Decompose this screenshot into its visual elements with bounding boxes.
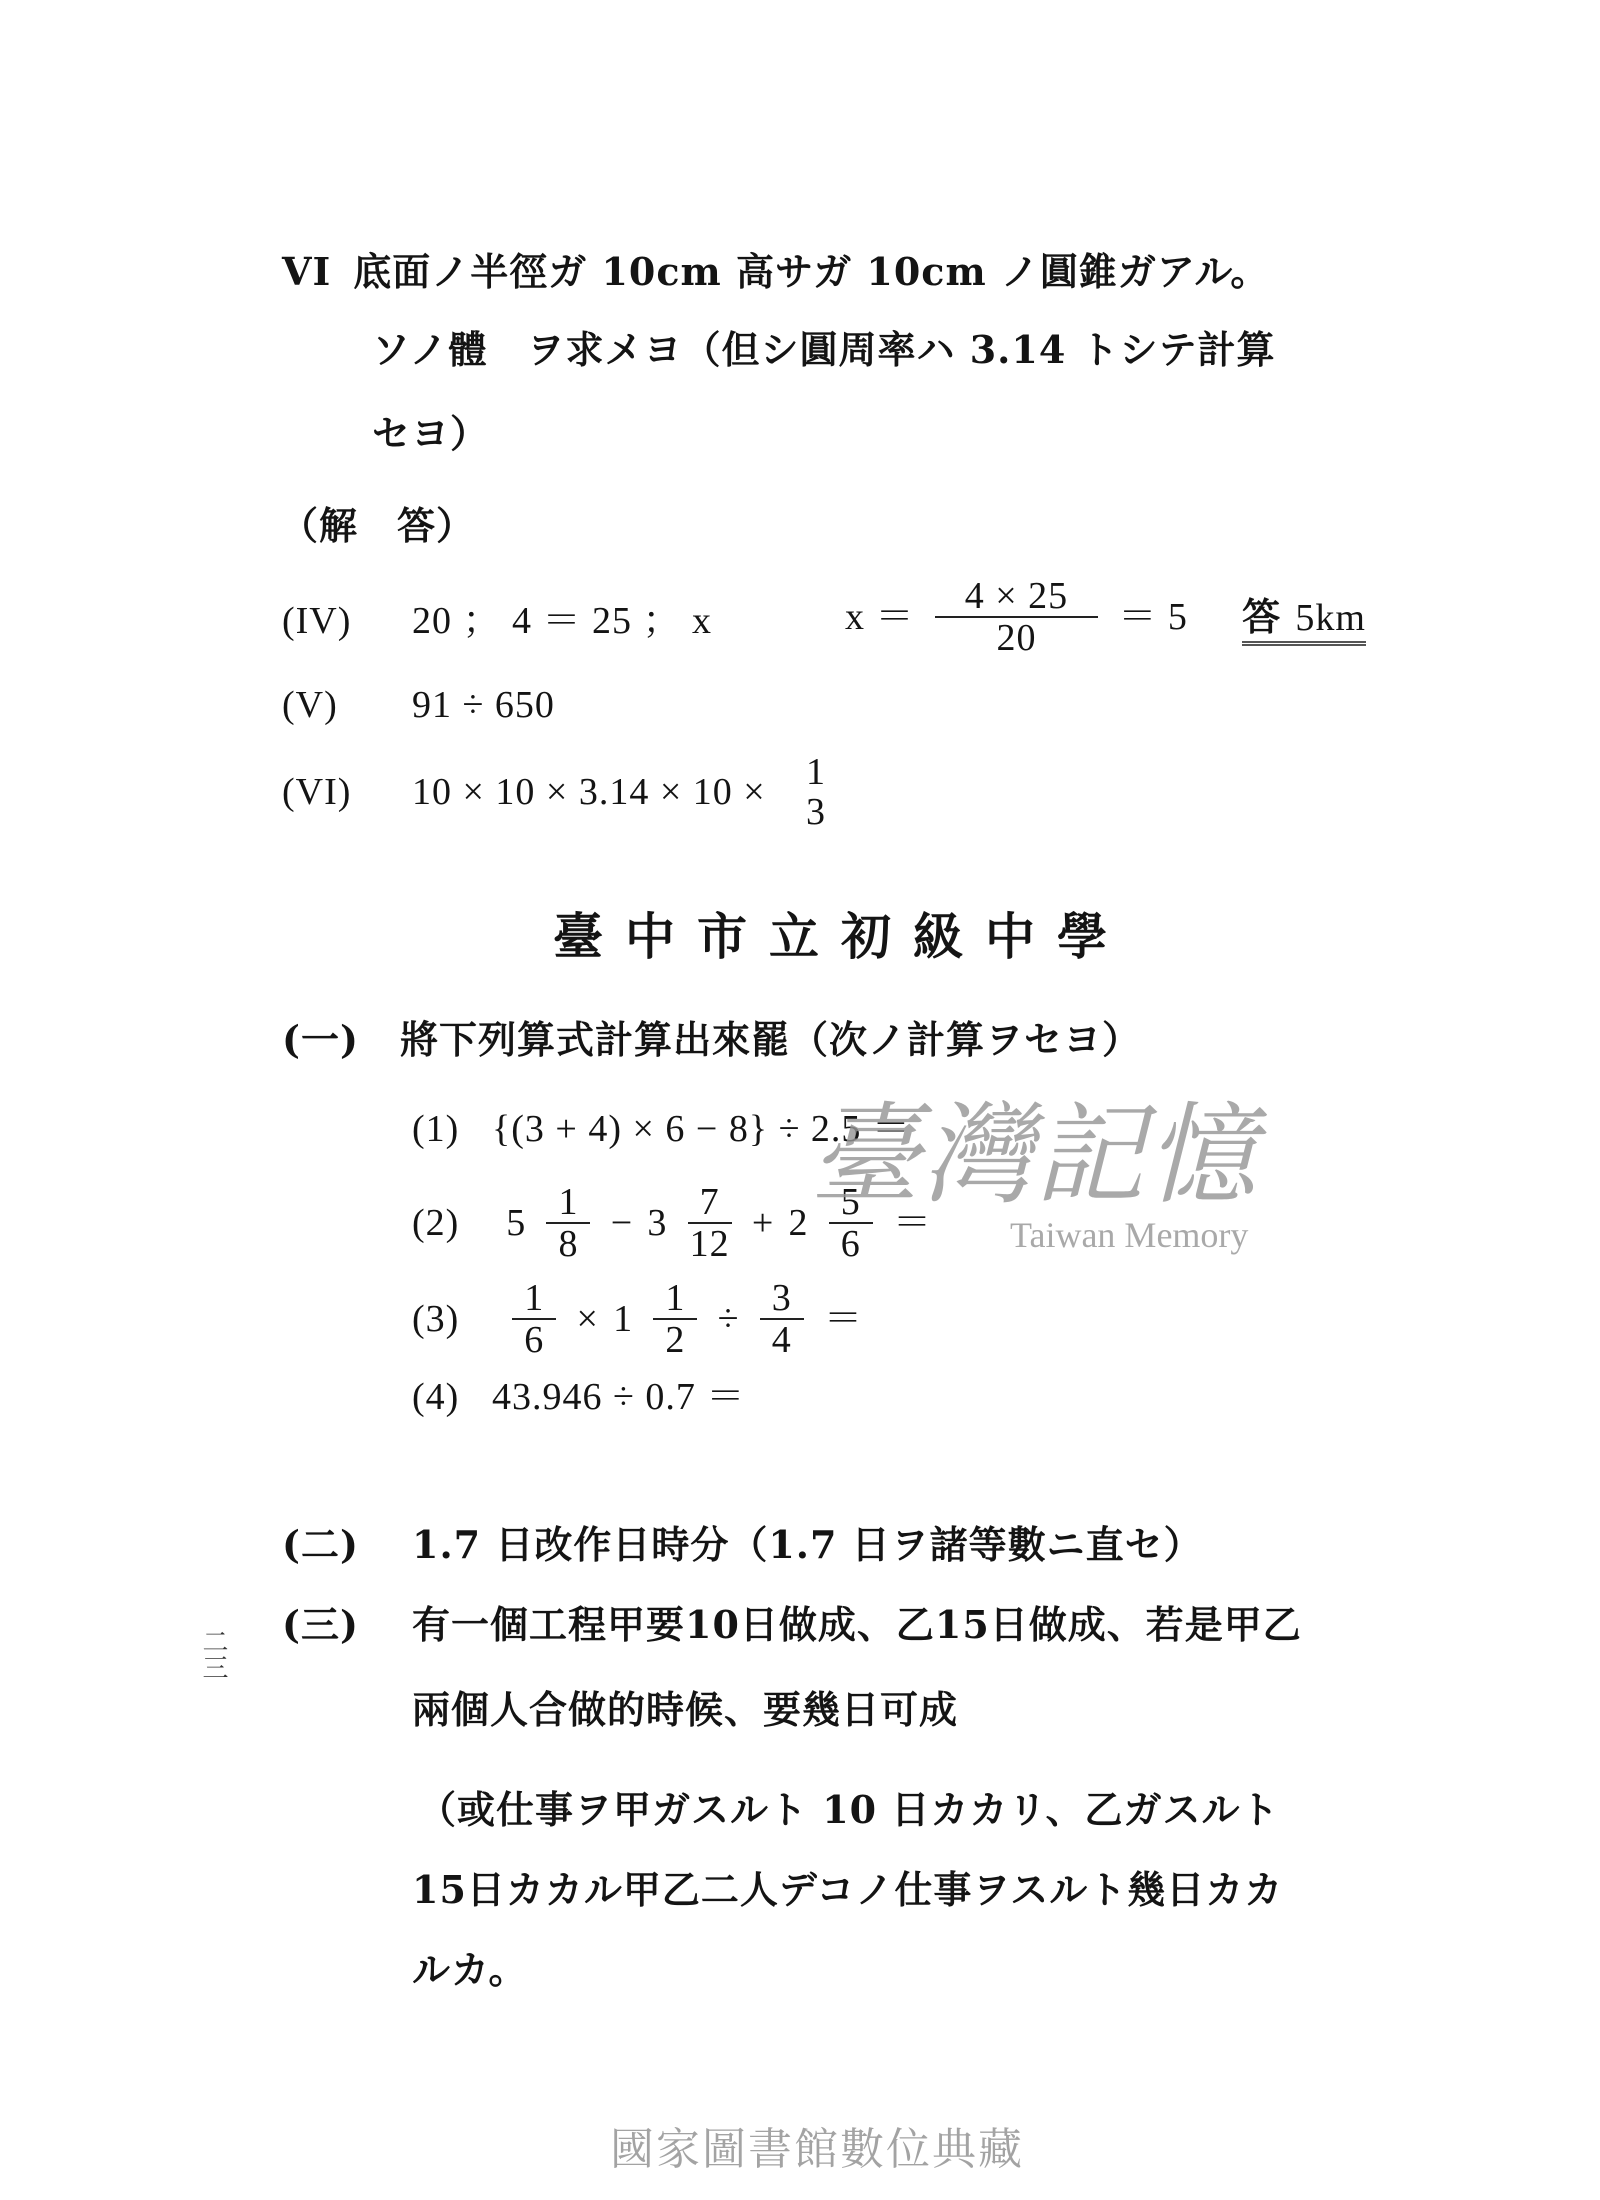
answers-heading-text: （解 答） (280, 503, 475, 548)
numerator: 1 (546, 1182, 590, 1224)
q3-text-4: 15日カカル甲乙二人デコノ仕事ヲスルト幾日カカ (412, 1867, 1283, 1912)
answer-v-label: (V) (282, 681, 412, 729)
q2-label: (二) (282, 1521, 412, 1569)
answer-iv-label: (IV) (282, 597, 394, 645)
q3-row-5: ルカ。 (412, 1946, 527, 1994)
answer-vi-row: (VI)10 × 10 × 3.14 × 10 × 1 3 (282, 752, 836, 832)
q1-item-2-fraction-3: 56 (829, 1182, 873, 1264)
numerator: 1 (653, 1278, 697, 1320)
q1-item-3-fraction-1: 16 (512, 1278, 556, 1360)
q3-label: (三) (282, 1601, 412, 1649)
q3-text-1: 有一個工程甲要10日做成、乙15日做成、若是甲乙 (412, 1602, 1302, 1647)
answer-vi-label: (VI) (282, 772, 412, 812)
q1-item-2-fraction-2: 712 (688, 1182, 732, 1264)
answer-iv-x-eq: x ＝ (845, 596, 915, 638)
ncl-digital-collection-footer: 國家圖書館數位典藏 (610, 2124, 1024, 2176)
q1-item-2-op-2: + (752, 1202, 774, 1244)
denominator: 6 (512, 1320, 556, 1360)
answer-iv-solution: x ＝ 4 × 25 20 ＝ 5 答 5km (845, 576, 1366, 658)
q1-item-2-op-1: − (611, 1202, 633, 1244)
page-number: 二三 (196, 1628, 226, 1680)
answer-vi-fraction: 1 3 (802, 752, 830, 832)
q1-item-2: (2) 5 18 − 3 712 + 2 56 ＝ (412, 1182, 932, 1264)
q1-item-3-fraction-2: 12 (653, 1278, 697, 1360)
numerator: 3 (760, 1278, 804, 1320)
q3-text-3: （或仕事ヲ甲ガスルト 10 日カカリ、乙ガスルト (418, 1787, 1279, 1832)
answer-iv-final: 答 5km (1242, 594, 1366, 646)
problem-vi-line-2: ソノ體 ヲ求メヨ（但シ圓周率ハ 3.14 トシテ計算 (372, 326, 1276, 374)
answers-heading: （解 答） (280, 502, 475, 550)
q1-item-3: (3) 16 × 1 12 ÷ 34 ＝ (412, 1278, 863, 1360)
numerator: 1 (512, 1278, 556, 1320)
denominator: 2 (653, 1320, 697, 1360)
q1-item-3-op-2: ÷ (718, 1298, 740, 1340)
q1-item-3-whole-2: 1 (613, 1298, 633, 1340)
answer-iv-row: (IV) (282, 596, 394, 645)
q1-item-3-tail: ＝ (824, 1298, 863, 1340)
q3-row-3: （或仕事ヲ甲ガスルト 10 日カカリ、乙ガスルト (418, 1786, 1279, 1834)
denominator: 12 (688, 1224, 732, 1264)
answer-v-expr: 91 ÷ 650 (412, 684, 555, 726)
answer-iv-fraction: 4 × 25 20 (935, 576, 1098, 658)
q1-item-4-label: (4) (412, 1373, 492, 1421)
denominator: 6 (829, 1224, 873, 1264)
problem-vi-text-3: セヨ） (372, 411, 489, 456)
answer-iv-proportion-text: 20 ； 4 ＝ 25 ； x (412, 600, 712, 642)
problem-vi-text-1: 底面ノ半徑ガ 10cm 高サガ 10cm ノ圓錐ガアル。 (353, 249, 1269, 294)
q1-item-4-expr: 43.946 ÷ 0.7 ＝ (492, 1376, 745, 1418)
q1-item-2-whole-1: 5 (506, 1202, 526, 1244)
q3-row-4: 15日カカル甲乙二人デコノ仕事ヲスルト幾日カカ (412, 1866, 1283, 1914)
problem-vi-line-3: セヨ） (372, 410, 489, 458)
answer-v-row: (V)91 ÷ 650 (282, 680, 555, 729)
answer-iv-proportion: 20 ； 4 ＝ 25 ； x (412, 596, 712, 645)
q2-text: 1.7 日改作日時分（1.7 日ヲ諸等數ニ直セ） (412, 1522, 1203, 1567)
problem-vi-text-2: ソノ體 ヲ求メヨ（但シ圓周率ハ 3.14 トシテ計算 (372, 327, 1276, 372)
q3-row-1: (三)有一個工程甲要10日做成、乙15日做成、若是甲乙 (282, 1601, 1302, 1649)
q1-item-2-fraction-1: 18 (546, 1182, 590, 1264)
denominator: 4 (760, 1320, 804, 1360)
numerator: 7 (688, 1182, 732, 1224)
q3-row-2: 兩個人合做的時候、要幾日可成 (412, 1686, 958, 1734)
answer-iv-denominator: 20 (935, 618, 1098, 658)
q2-row: (二)1.7 日改作日時分（1.7 日ヲ諸等數ニ直セ） (282, 1521, 1203, 1569)
q1-item-2-whole-2: 3 (647, 1202, 667, 1244)
answer-vi-denominator: 3 (802, 792, 830, 832)
q1-item-2-tail: ＝ (893, 1202, 932, 1244)
q1-item-4: (4)43.946 ÷ 0.7 ＝ (412, 1372, 745, 1421)
q1-label: (一) (282, 1016, 400, 1064)
q1-item-1-expr: {(3 + 4) × 6 − 8} ÷ 2.5 ＝ (492, 1108, 911, 1150)
q1-item-3-op-1: × (576, 1298, 598, 1340)
q1-item-1-label: (1) (412, 1105, 492, 1153)
denominator: 8 (546, 1224, 590, 1264)
q1-item-2-whole-3: 2 (789, 1202, 809, 1244)
numerator: 5 (829, 1182, 873, 1224)
q1-text: 將下列算式計算出來罷（次ノ計算ヲセヨ） (400, 1017, 1141, 1062)
scanned-page: VI底面ノ半徑ガ 10cm 高サガ 10cm ノ圓錐ガアル。 ソノ體 ヲ求メヨ（… (0, 0, 1600, 2200)
answer-iv-answer: 5km (1295, 597, 1366, 639)
watermark-english: Taiwan Memory (1010, 1215, 1248, 1255)
answer-vi-expr: 10 × 10 × 3.14 × 10 × (412, 771, 766, 813)
answer-iv-answer-prefix: 答 (1242, 594, 1281, 639)
q1-item-1: (1){(3 + 4) × 6 − 8} ÷ 2.5 ＝ (412, 1104, 911, 1153)
q1-item-3-fraction-3: 34 (760, 1278, 804, 1360)
answer-iv-result: ＝ 5 (1118, 596, 1188, 638)
school-title: 臺中市立初級中學 (553, 905, 1129, 969)
q3-text-5: ルカ。 (412, 1947, 527, 1992)
q3-text-2: 兩個人合做的時候、要幾日可成 (412, 1687, 958, 1732)
q1-row: (一)將下列算式計算出來罷（次ノ計算ヲセヨ） (282, 1016, 1141, 1064)
problem-vi-line-1: VI底面ノ半徑ガ 10cm 高サガ 10cm ノ圓錐ガアル。 (282, 248, 1269, 296)
q1-item-3-label: (3) (412, 1299, 492, 1339)
answer-vi-numerator: 1 (802, 752, 830, 792)
problem-vi-label: VI (282, 248, 331, 296)
q1-item-2-label: (2) (412, 1203, 492, 1243)
answer-iv-numerator: 4 × 25 (935, 576, 1098, 618)
